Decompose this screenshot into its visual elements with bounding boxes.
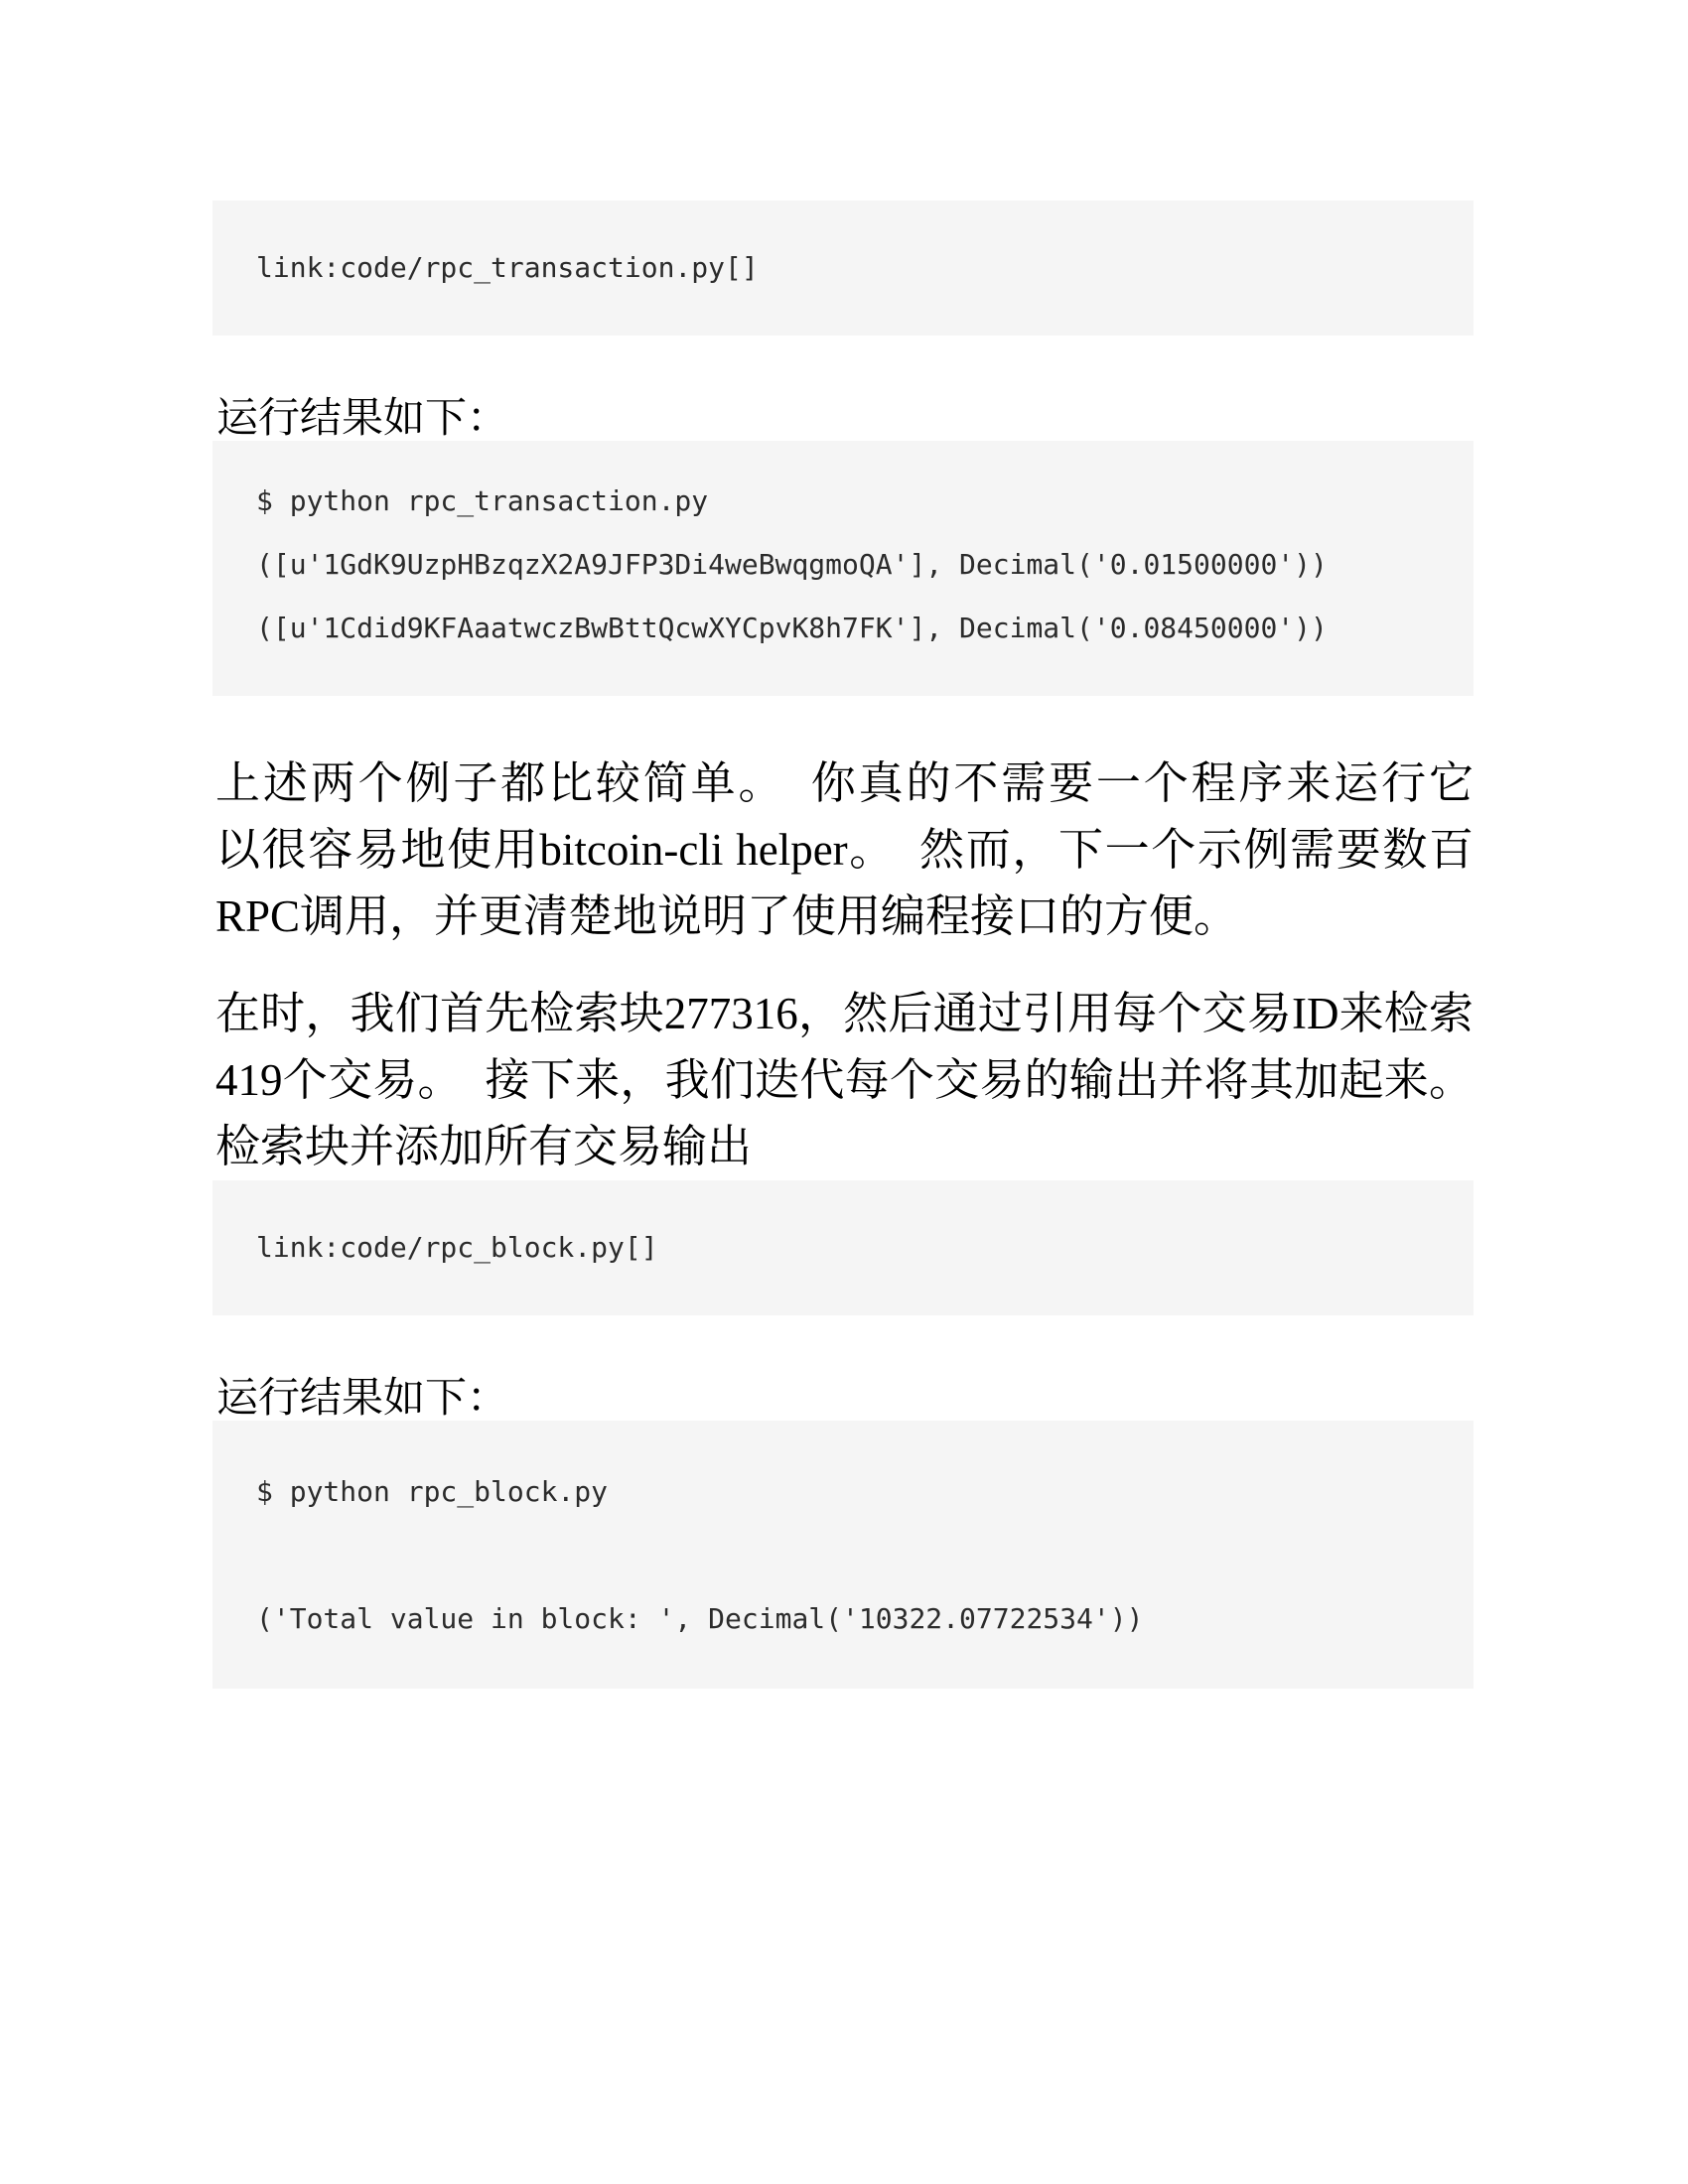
code-block-rpc-block-link: link:code/rpc_block.py[] <box>212 1180 1474 1315</box>
code-block-rpc-block-output: $ python rpc_block.py ('Total value in b… <box>212 1421 1474 1689</box>
paragraph-examples-simple: 上述两个例子都比较简单。 你真的不需要一个程序来运行它们；你可 以很容易地使用b… <box>215 751 1474 950</box>
run-result-label-2: 运行结果如下： <box>216 1377 1474 1421</box>
document-page: link:code/rpc_transaction.py[] 运行结果如下： $… <box>0 0 1688 2184</box>
paragraph-line: 以很容易地使用bitcoin-cli helper。 然而，下一个示例需要数百个 <box>215 817 1474 884</box>
code-block-rpc-transaction-link: link:code/rpc_transaction.py[] <box>212 201 1474 336</box>
code-block-rpc-transaction-output: $ python rpc_transaction.py ([u'1GdK9Uzp… <box>212 441 1474 696</box>
paragraph-line: 在时，我们首先检索块277316，然后通过引用每个交易ID来检索每个 <box>215 981 1474 1047</box>
code-line: ('Total value in block: ', Decimal('1032… <box>256 1587 1430 1651</box>
code-line: $ python rpc_block.py <box>256 1460 1430 1524</box>
code-text: link:code/rpc_block.py[] <box>256 1231 658 1264</box>
paragraph-line: 检索块并添加所有交易输出 <box>215 1114 1474 1180</box>
run-result-label-1: 运行结果如下： <box>216 397 1474 441</box>
code-line <box>256 1524 1430 1587</box>
code-line: $ python rpc_transaction.py <box>256 470 1430 533</box>
paragraph-block-retrieval: 在时，我们首先检索块277316，然后通过引用每个交易ID来检索每个 419个交… <box>215 981 1474 1180</box>
code-line: ([u'1GdK9UzpHBzqzX2A9JFP3Di4weBwqgmoQA']… <box>256 533 1430 597</box>
paragraph-line: 上述两个例子都比较简单。 你真的不需要一个程序来运行它们；你可 <box>215 751 1474 817</box>
paragraph-line: RPC调用，并更清楚地说明了使用编程接口的方便。 <box>215 884 1474 950</box>
code-line: ([u'1Cdid9KFAaatwczBwBttQcwXYCpvK8h7FK']… <box>256 597 1430 660</box>
paragraph-line: 419个交易。 接下来，我们迭代每个交易的输出并将其加起来。例3-5 <box>215 1047 1474 1114</box>
code-text: link:code/rpc_transaction.py[] <box>256 251 759 284</box>
